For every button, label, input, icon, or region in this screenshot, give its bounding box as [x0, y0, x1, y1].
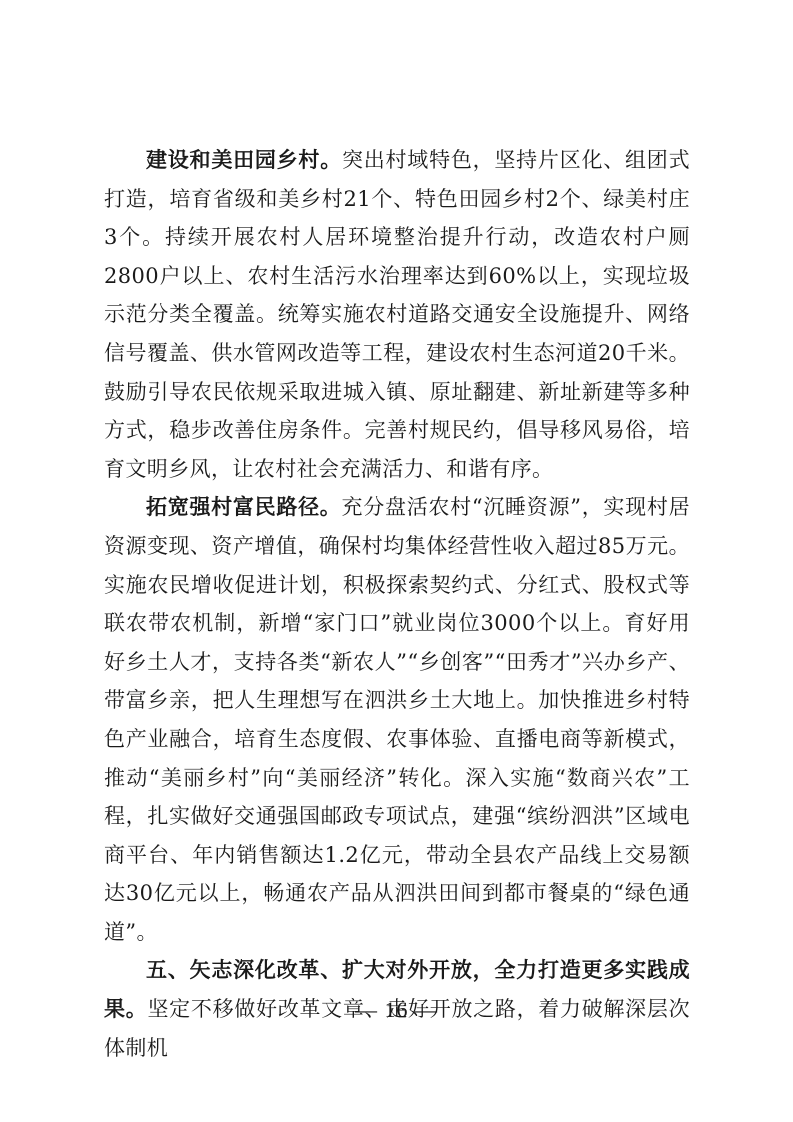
paragraph-income-paths: 拓宽强村富民路径。充分盘活农村“沉睡资源”，实现村居资源变现、资产增值，确保村均…: [104, 488, 690, 951]
paragraph-rural-construction: 建设和美田园乡村。突出村域特色，坚持片区化、组团式打造，培育省级和美乡村21个、…: [104, 141, 690, 488]
paragraph-body: 充分盘活农村“沉睡资源”，实现村居资源变现、资产增值，确保村均集体经营性收入超过…: [104, 495, 690, 944]
paragraph-lead: 建设和美田园乡村。: [146, 148, 342, 172]
paragraph-lead: 拓宽强村富民路径。: [146, 495, 342, 519]
page-number: — 16 —: [0, 997, 793, 1023]
document-page: 建设和美田园乡村。突出村域特色，坚持片区化、组团式打造，培育省级和美乡村21个、…: [104, 141, 690, 1067]
paragraph-body: 突出村域特色，坚持片区化、组团式打造，培育省级和美乡村21个、特色田园乡村2个、…: [104, 148, 690, 481]
